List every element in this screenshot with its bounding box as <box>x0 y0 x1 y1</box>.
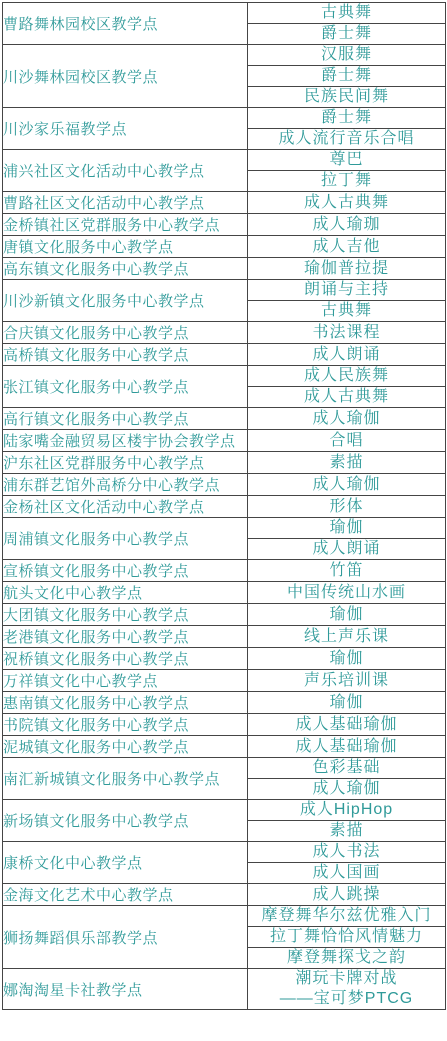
course-cell: 民族民间舞 <box>248 87 446 108</box>
site-cell: 合庆镇文化服务中心教学点 <box>3 322 248 344</box>
site-cell: 曹路舞林园校区教学点 <box>3 3 248 45</box>
course-cell: 成人HipHop <box>248 800 446 821</box>
site-cell: 祝桥镇文化服务中心教学点 <box>3 648 248 670</box>
site-cell: 金海文化艺术中心教学点 <box>3 884 248 906</box>
site-cell: 张江镇文化服务中心教学点 <box>3 366 248 408</box>
site-cell: 泥城镇文化服务中心教学点 <box>3 736 248 758</box>
table-row: 大团镇文化服务中心教学点瑜伽 <box>3 604 446 626</box>
course-cell: 爵士舞 <box>248 24 446 45</box>
site-cell: 书院镇文化服务中心教学点 <box>3 714 248 736</box>
course-cell: 线上声乐课 <box>248 626 446 648</box>
course-cell: 瑜伽 <box>248 648 446 670</box>
course-cell: 成人流行音乐合唱 <box>248 129 446 150</box>
table-row: 唐镇文化服务中心教学点成人吉他 <box>3 236 446 258</box>
course-cell: 尊巴 <box>248 150 446 171</box>
table-row: 陆家嘴金融贸易区楼宇协会教学点合唱 <box>3 430 446 452</box>
site-cell: 老港镇文化服务中心教学点 <box>3 626 248 648</box>
site-cell: 万祥镇文化中心教学点 <box>3 670 248 692</box>
course-table: 曹路舞林园校区教学点古典舞爵士舞川沙舞林园校区教学点汉服舞爵士舞民族民间舞川沙家… <box>2 2 446 1010</box>
site-cell: 高行镇文化服务中心教学点 <box>3 408 248 430</box>
table-row: 浦兴社区文化活动中心教学点尊巴 <box>3 150 446 171</box>
table-row: 川沙家乐福教学点爵士舞 <box>3 108 446 129</box>
course-table-body: 曹路舞林园校区教学点古典舞爵士舞川沙舞林园校区教学点汉服舞爵士舞民族民间舞川沙家… <box>3 3 446 1010</box>
table-row: 浦东群艺馆外高桥分中心教学点成人瑜伽 <box>3 474 446 496</box>
table-row: 沪东社区党群服务中心教学点素描 <box>3 452 446 474</box>
course-cell: 声乐培训课 <box>248 670 446 692</box>
table-row: 老港镇文化服务中心教学点线上声乐课 <box>3 626 446 648</box>
course-cell: 素描 <box>248 821 446 842</box>
course-cell: 成人瑜伽 <box>248 408 446 430</box>
table-row: 金杨社区文化活动中心教学点形体 <box>3 496 446 518</box>
course-cell: 爵士舞 <box>248 108 446 129</box>
table-row: 航头文化中心教学点中国传统山水画 <box>3 582 446 604</box>
course-cell: 瑜伽 <box>248 518 446 539</box>
course-cell: 书法课程 <box>248 322 446 344</box>
table-row: 金海文化艺术中心教学点成人跳操 <box>3 884 446 906</box>
course-cell: 形体 <box>248 496 446 518</box>
course-cell: 汉服舞 <box>248 45 446 66</box>
course-cell: 成人基础瑜伽 <box>248 736 446 758</box>
course-cell: 成人古典舞 <box>248 387 446 408</box>
site-cell: 川沙舞林园校区教学点 <box>3 45 248 108</box>
course-cell: 成人国画 <box>248 863 446 884</box>
table-row: 书院镇文化服务中心教学点成人基础瑜伽 <box>3 714 446 736</box>
site-cell: 南汇新城镇文化服务中心教学点 <box>3 758 248 800</box>
course-cell: 瑜伽 <box>248 604 446 626</box>
table-row: 万祥镇文化中心教学点声乐培训课 <box>3 670 446 692</box>
site-cell: 陆家嘴金融贸易区楼宇协会教学点 <box>3 430 248 452</box>
table-row: 南汇新城镇文化服务中心教学点色彩基础 <box>3 758 446 779</box>
course-cell: 中国传统山水画 <box>248 582 446 604</box>
table-row: 娜淘淘星卡社教学点潮玩卡牌对战 ——宝可梦PTCG <box>3 969 446 1010</box>
site-cell: 宣桥镇文化服务中心教学点 <box>3 560 248 582</box>
course-cell: 摩登舞探戈之韵 <box>248 948 446 969</box>
course-cell: 瑜伽普拉提 <box>248 258 446 280</box>
site-cell: 惠南镇文化服务中心教学点 <box>3 692 248 714</box>
course-cell: 成人吉他 <box>248 236 446 258</box>
table-row: 惠南镇文化服务中心教学点瑜伽 <box>3 692 446 714</box>
site-cell: 航头文化中心教学点 <box>3 582 248 604</box>
table-row: 康桥文化中心教学点成人书法 <box>3 842 446 863</box>
course-cell: 朗诵与主持 <box>248 280 446 301</box>
course-cell: 素描 <box>248 452 446 474</box>
table-row: 高桥镇文化服务中心教学点成人朗诵 <box>3 344 446 366</box>
table-row: 曹路舞林园校区教学点古典舞 <box>3 3 446 24</box>
table-row: 川沙舞林园校区教学点汉服舞 <box>3 45 446 66</box>
site-cell: 川沙家乐福教学点 <box>3 108 248 150</box>
table-row: 高东镇文化服务中心教学点瑜伽普拉提 <box>3 258 446 280</box>
course-cell: 摩登舞华尔兹优雅入门 <box>248 906 446 927</box>
table-row: 周浦镇文化服务中心教学点瑜伽 <box>3 518 446 539</box>
course-cell: 色彩基础 <box>248 758 446 779</box>
course-cell: 成人民族舞 <box>248 366 446 387</box>
table-row: 曹路社区文化活动中心教学点成人古典舞 <box>3 192 446 214</box>
site-cell: 沪东社区党群服务中心教学点 <box>3 452 248 474</box>
course-cell: 成人书法 <box>248 842 446 863</box>
site-cell: 周浦镇文化服务中心教学点 <box>3 518 248 560</box>
site-cell: 金桥镇社区党群服务中心教学点 <box>3 214 248 236</box>
course-cell: 成人古典舞 <box>248 192 446 214</box>
course-cell: 爵士舞 <box>248 66 446 87</box>
course-cell: 拉丁舞恰恰风情魅力 <box>248 927 446 948</box>
course-cell: 古典舞 <box>248 301 446 322</box>
site-cell: 曹路社区文化活动中心教学点 <box>3 192 248 214</box>
site-cell: 浦兴社区文化活动中心教学点 <box>3 150 248 192</box>
course-cell: 成人跳操 <box>248 884 446 906</box>
course-cell: 合唱 <box>248 430 446 452</box>
site-cell: 唐镇文化服务中心教学点 <box>3 236 248 258</box>
table-row: 川沙新镇文化服务中心教学点朗诵与主持 <box>3 280 446 301</box>
table-row: 合庆镇文化服务中心教学点书法课程 <box>3 322 446 344</box>
course-cell: 成人基础瑜伽 <box>248 714 446 736</box>
table-row: 祝桥镇文化服务中心教学点瑜伽 <box>3 648 446 670</box>
course-cell: 成人朗诵 <box>248 344 446 366</box>
table-row: 高行镇文化服务中心教学点成人瑜伽 <box>3 408 446 430</box>
course-cell: 潮玩卡牌对战 ——宝可梦PTCG <box>248 969 446 1010</box>
site-cell: 浦东群艺馆外高桥分中心教学点 <box>3 474 248 496</box>
course-cell: 成人瑜伽 <box>248 474 446 496</box>
site-cell: 高桥镇文化服务中心教学点 <box>3 344 248 366</box>
site-cell: 大团镇文化服务中心教学点 <box>3 604 248 626</box>
course-cell: 竹笛 <box>248 560 446 582</box>
site-cell: 金杨社区文化活动中心教学点 <box>3 496 248 518</box>
site-cell: 康桥文化中心教学点 <box>3 842 248 884</box>
course-cell: 古典舞 <box>248 3 446 24</box>
site-cell: 川沙新镇文化服务中心教学点 <box>3 280 248 322</box>
table-row: 金桥镇社区党群服务中心教学点成人瑜珈 <box>3 214 446 236</box>
site-cell: 新场镇文化服务中心教学点 <box>3 800 248 842</box>
table-row: 宣桥镇文化服务中心教学点竹笛 <box>3 560 446 582</box>
course-table-container: 曹路舞林园校区教学点古典舞爵士舞川沙舞林园校区教学点汉服舞爵士舞民族民间舞川沙家… <box>0 0 447 1013</box>
course-cell: 成人瑜伽 <box>248 779 446 800</box>
table-row: 张江镇文化服务中心教学点成人民族舞 <box>3 366 446 387</box>
site-cell: 娜淘淘星卡社教学点 <box>3 969 248 1010</box>
course-cell: 成人朗诵 <box>248 539 446 560</box>
table-row: 新场镇文化服务中心教学点成人HipHop <box>3 800 446 821</box>
course-cell: 成人瑜珈 <box>248 214 446 236</box>
table-row: 泥城镇文化服务中心教学点成人基础瑜伽 <box>3 736 446 758</box>
site-cell: 高东镇文化服务中心教学点 <box>3 258 248 280</box>
course-cell: 拉丁舞 <box>248 171 446 192</box>
course-cell: 瑜伽 <box>248 692 446 714</box>
site-cell: 狮扬舞蹈俱乐部教学点 <box>3 906 248 969</box>
table-row: 狮扬舞蹈俱乐部教学点摩登舞华尔兹优雅入门 <box>3 906 446 927</box>
